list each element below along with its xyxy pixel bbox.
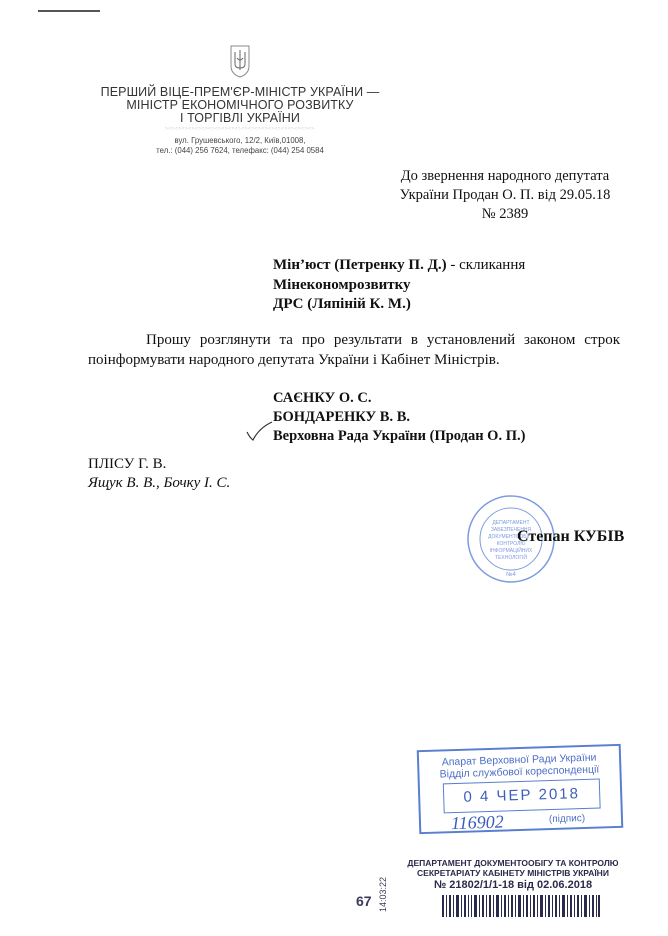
signer-name: Степан КУБІВ (517, 528, 624, 546)
svg-text:ТЕХНОЛОГІЙ: ТЕХНОЛОГІЙ (495, 553, 527, 561)
registration-number: 116902 (451, 812, 504, 835)
reference-line: До звернення народного депутата (390, 167, 620, 186)
registration-date: 0 4 ЧЕР 2018 (443, 778, 601, 813)
trident-emblem-icon (229, 44, 251, 78)
copy-recipient: БОНДАРЕНКУ В. В. (273, 408, 525, 427)
letterhead-ornament: ><><><><><><><><><><><><><><><><><><><><… (165, 127, 315, 133)
executor-line: ПЛІСУ Г. В. (88, 455, 230, 474)
registration-org: Апарат Верховної Ради України Відділ слу… (419, 751, 620, 781)
addressee-line: Мін’юст (Петренку П. Д.) - скликання (273, 256, 525, 276)
addressee-note: - скликання (447, 257, 526, 273)
copy-recipient: Верховна Рада України (Продан О. П.) (273, 427, 525, 446)
cabinet-stamp-line: СЕКРЕТАРІАТУ КАБІНЕТУ МІНІСТРІВ УКРАЇНИ (398, 869, 628, 879)
page-number: 67 (356, 893, 372, 909)
reference-line: України Продан О. П. від 29.05.18 (390, 186, 620, 205)
addressee-line: ДРС (Ляпіній К. М.) (273, 295, 525, 315)
checkmark-icon (245, 420, 273, 442)
letterhead-contacts: вул. Грушевського, 12/2, Київ,01008, тел… (60, 136, 420, 156)
reference-block: До звернення народного депутата України … (390, 167, 620, 224)
addressees-block: Мін’юст (Петренку П. Д.) - скликання Мін… (273, 256, 525, 315)
registration-stamp: Апарат Верховної Ради України Відділ слу… (417, 744, 624, 834)
body-paragraph: Прошу розглянути та про результати в уст… (88, 330, 620, 370)
svg-text:ДЕПАРТАМЕНТ: ДЕПАРТАМЕНТ (492, 520, 529, 526)
top-scan-line (38, 10, 100, 12)
reference-number: № 2389 (390, 205, 620, 224)
letterhead-address: вул. Грушевського, 12/2, Київ,01008, (60, 136, 420, 146)
addressee-name: Мін’юст (Петренку П. Д.) (273, 257, 447, 273)
letterhead-phones: тел.: (044) 256 7624, телефакс: (044) 25… (60, 146, 420, 156)
copy-recipient: САЄНКУ О. С. (273, 389, 525, 408)
barcode-icon (442, 895, 600, 917)
copies-block: САЄНКУ О. С. БОНДАРЕНКУ В. В. Верховна Р… (273, 389, 525, 446)
svg-text:ІНФОРМАЦІЙНИХ: ІНФОРМАЦІЙНИХ (490, 546, 533, 554)
cabinet-registration-stamp: ДЕПАРТАМЕНТ ДОКУМЕНТООБІГУ ТА КОНТРОЛЮ С… (398, 859, 628, 892)
addressee-line: Мінекономрозвитку (273, 276, 525, 296)
letterhead-line: І ТОРГІВЛІ УКРАЇНИ (60, 112, 420, 125)
letterhead-title: ПЕРШИЙ ВІЦЕ-ПРЕМ'ЄР-МІНІСТР УКРАЇНИ — МІ… (60, 86, 420, 125)
timestamp: 14:03:22 (378, 877, 388, 912)
executors-block: ПЛІСУ Г. В. Ящук В. В., Бочку І. С. (88, 455, 230, 493)
cabinet-stamp-number: № 21802/1/1-18 від 02.06.2018 (398, 879, 628, 892)
executor-line: Ящук В. В., Бочку І. С. (88, 474, 230, 493)
svg-text:№4: №4 (506, 571, 516, 578)
signature-label: (підпис) (549, 813, 585, 825)
